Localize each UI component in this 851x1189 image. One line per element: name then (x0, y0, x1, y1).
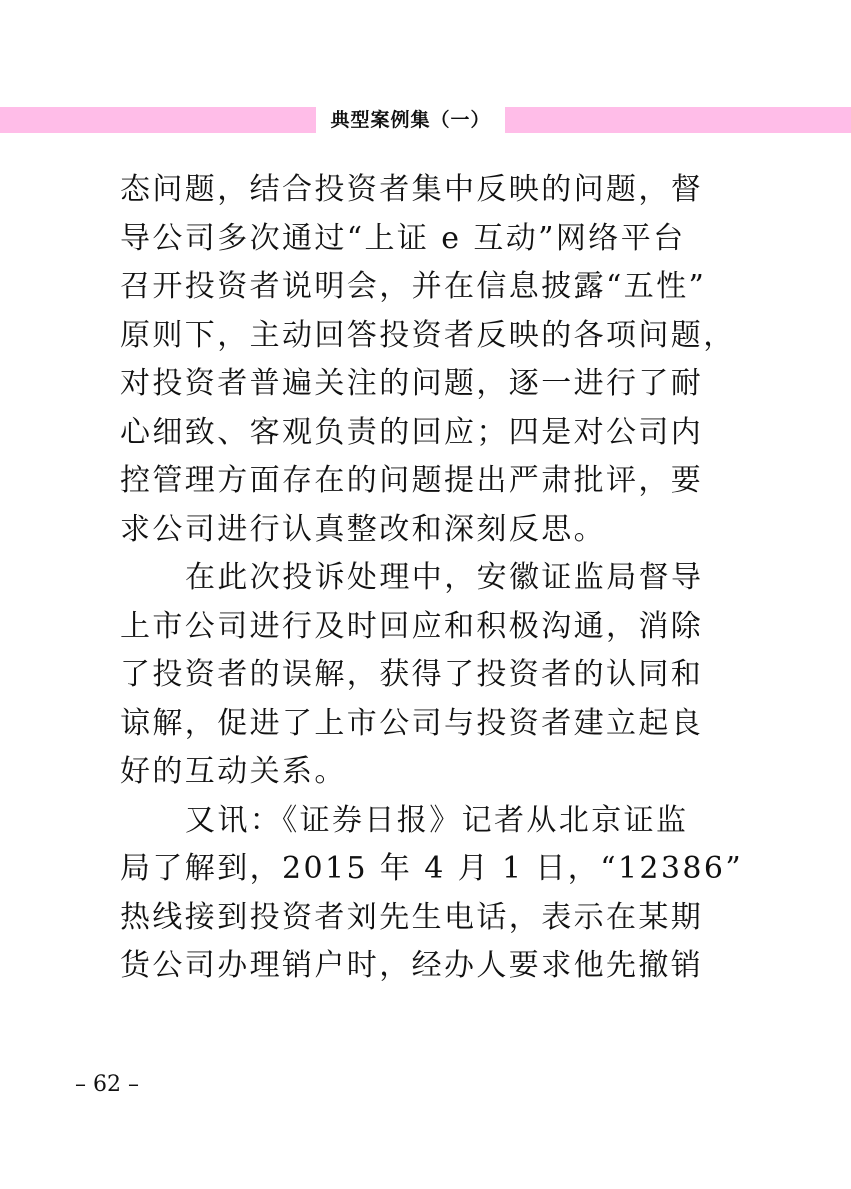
text-line: 货公司办理销户时，经办人要求他先撤销 (120, 942, 720, 991)
text-line: 导公司多次通过“上证 e 互动”网络平台 (120, 215, 720, 264)
text-line: 好的互动关系。 (120, 748, 720, 797)
text-line: 了投资者的误解，获得了投资者的认同和 (120, 651, 720, 700)
paragraph-first-line: 在此次投诉处理中，安徽证监局督导 (120, 554, 720, 603)
page-number: – 62 – (75, 1070, 139, 1100)
text-line: 态问题，结合投资者集中反映的问题，督 (120, 166, 720, 215)
text-line: 求公司进行认真整改和深刻反思。 (120, 506, 720, 555)
paragraph-first-line: 又讯：《证券日报》记者从北京证监 (120, 797, 720, 846)
text-line: 上市公司进行及时回应和积极沟通，消除 (120, 603, 720, 652)
text-line: 心细致、客观负责的回应；四是对公司内 (120, 409, 720, 458)
body-text: 态问题，结合投资者集中反映的问题，督 导公司多次通过“上证 e 互动”网络平台 … (120, 166, 720, 991)
running-header-title: 典型案例集（一） (316, 107, 505, 133)
text-line: 对投资者普遍关注的问题，逐一进行了耐 (120, 360, 720, 409)
running-header: 典型案例集（一） (0, 107, 851, 133)
header-band-left (0, 107, 316, 133)
text-line: 局了解到，2015 年 4 月 1 日，“12386” (120, 845, 720, 894)
text-line: 谅解，促进了上市公司与投资者建立起良 (120, 700, 720, 749)
text-line: 热线接到投资者刘先生电话，表示在某期 (120, 894, 720, 943)
header-band-right (505, 107, 851, 133)
text-line: 原则下，主动回答投资者反映的各项问题， (120, 312, 720, 361)
text-line: 控管理方面存在的问题提出严肃批评，要 (120, 457, 720, 506)
text-line: 召开投资者说明会，并在信息披露“五性” (120, 263, 720, 312)
